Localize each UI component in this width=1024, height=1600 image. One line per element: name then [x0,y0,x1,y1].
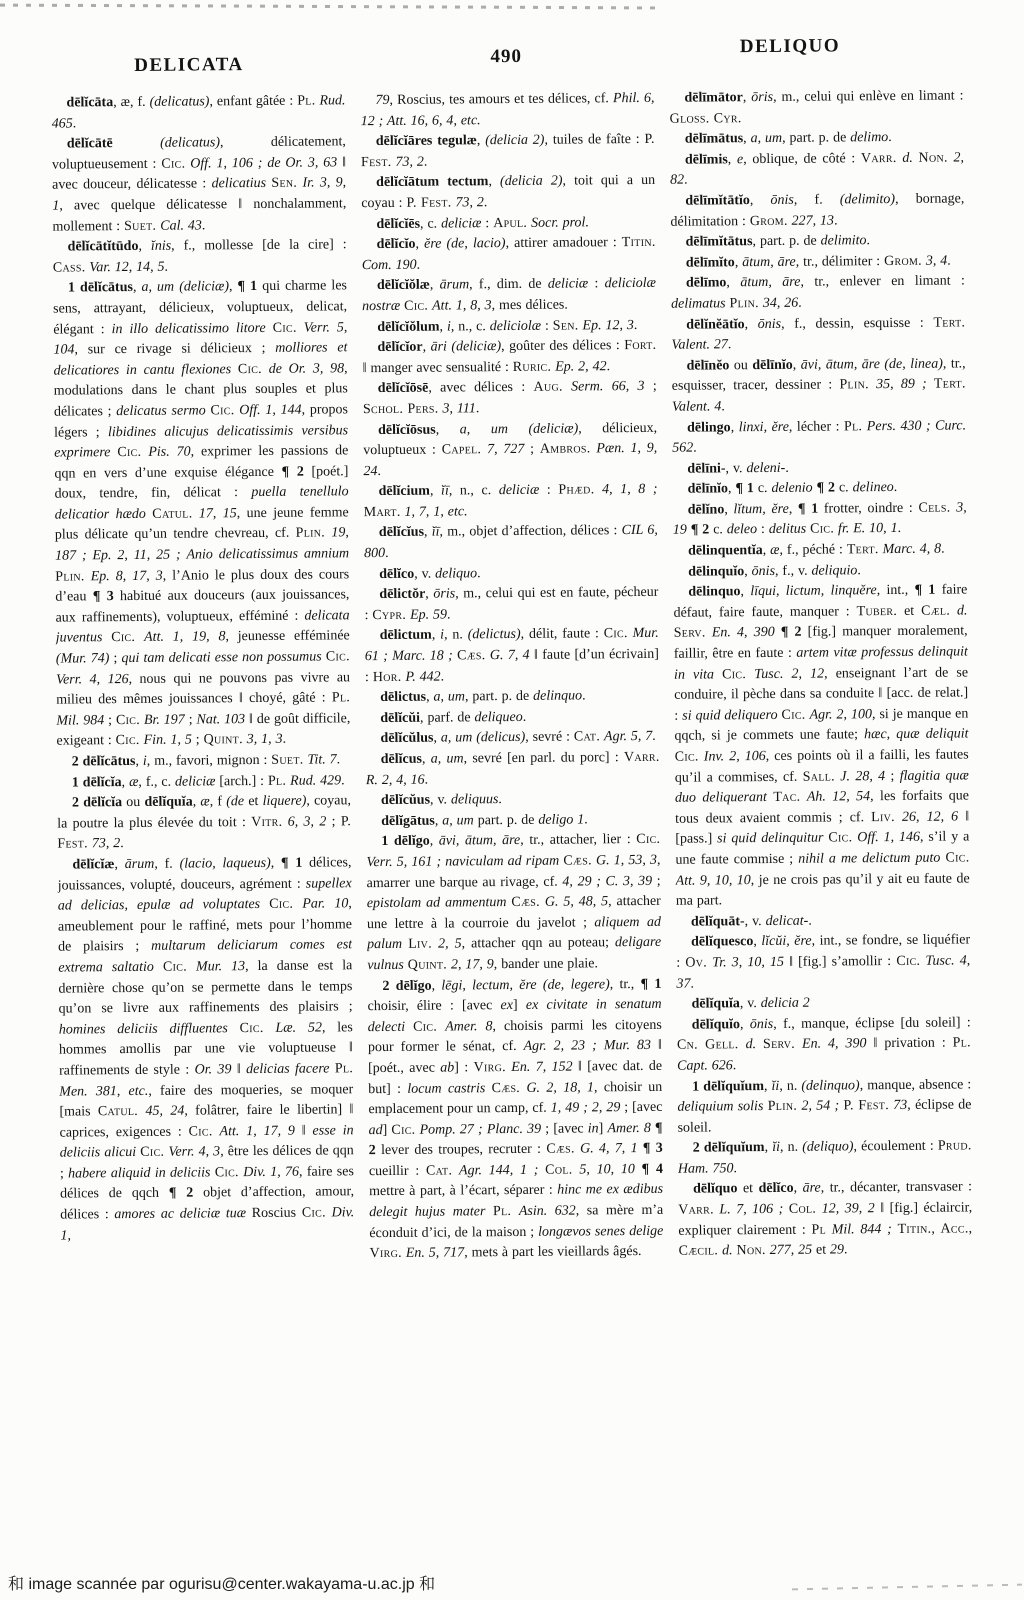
dictionary-entry: dēlĭcĭēs, c. deliciæ : Apul. Socr. prol. [361,212,655,235]
dictionary-entry: dēlĭcŭlus, a, um (delicus), sevré : Cat.… [365,727,659,750]
dictionary-entry: dēlīnĭo, ¶ 1 c. delenio ¶ 2 c. delineo. [672,478,966,501]
dictionary-entry: dēlīmĭtātus, part. p. de delimito. [671,231,965,254]
dictionary-entry: dēlīmātor, ōris, m., celui qui enlève en… [669,86,963,129]
dictionary-entry: dēlĭquesco, lĭcŭi, ĕre, int., se fondre,… [676,931,970,995]
scan-content: DELICATA 490 DELIQUO dēlĭcāta, æ, f. (de… [0,0,1024,1600]
dictionary-entry: 1 dēlĭcātus, a, um (deliciæ), ¶ 1 qui ch… [53,277,351,753]
dictionary-entry: dēlinquĭo, ōnis, f., v. deliquio. [673,560,967,583]
column-left: dēlĭcāta, æ, f. (delicatus), enfant gâté… [51,91,357,1563]
dictionary-entry: dēlĭcŭus, v. deliquus. [366,789,660,812]
dictionary-entry: 1 dēlĭquĭum, ĭi, n. (delinquo), manque, … [677,1075,971,1139]
scan-credit-text: 和 image scannée par ogurisu@center.wakay… [8,1571,435,1594]
dictionary-entry: 1 dēlĭgo, āvi, ātum, āre, tr., attacher,… [366,830,661,976]
dictionary-entry: dēlĭcĭōsē, avec délices : Aug. Serm. 66,… [363,377,657,420]
dictionary-entry: dēlĭcāta, æ, f. (delicatus), enfant gâté… [51,91,345,134]
dictionary-entry: dēlinquo, līqui, lictum, linquĕre, int.,… [673,581,970,913]
dictionary-entry: dēlĭcŭi, parf. de deliqueo. [365,707,659,730]
dictionary-entry: dēlĭgātus, a, um part. p. de deligo 1. [366,810,660,833]
dictionary-entry: 2 dēlĭcātus, i, m., favori, mignon : Sue… [57,750,351,773]
dictionary-entry: dēlĭnĕātĭo, ōnis, f., dessin, esquisse :… [671,313,965,356]
dictionary-entry: dēlīmātus, a, um, part. p. de delimo. [670,128,964,151]
dictionary-entry: 2 dēlĭquĭum, ĭi, n. (deliquo), écoulemen… [678,1137,972,1180]
dictionary-entry: dēlīnĕo ou dēlīnĭo, āvi, ātum, āre (de, … [672,354,966,418]
dictionary-entry: dēlīmĭtātĭo, ōnis, f. (delimito), bornag… [670,189,964,232]
running-head: DELICATA 490 DELIQUO [52,34,960,81]
dictionary-entry: dēlĭcĭŏlum, i, n., c. deliciolæ : Sen. E… [362,315,656,338]
scanned-dictionary-page: DELICATA 490 DELIQUO dēlĭcāta, æ, f. (de… [0,0,1024,1600]
dictionary-entry: dēlictus, a, um, part. p. de delinquo. [365,686,659,709]
dictionary-entry: dēlinquentĭa, æ, f., péché : Tert. Marc.… [673,539,967,562]
dictionary-entry: dēlīni-, v. deleni-. [672,457,966,480]
dictionary-entry: dēlingo, linxi, ĕre, lécher : Pl. Pers. … [672,416,966,459]
dictionary-entry: dēlĭcium, ĭī, n., c. deliciæ : Phæd. 4, … [364,480,658,523]
dictionary-entry: dēlĭno, lĭtum, ĕre, ¶ 1 frotter, oindre … [673,498,967,541]
dictionary-entry: dēlĭquĭa, v. delicia 2 [677,993,971,1016]
text-columns: dēlĭcāta, æ, f. (delicatus), enfant gâté… [51,86,975,1563]
dictionary-entry: dēlīmis, e, oblique, de côté : Varr. d. … [670,148,964,191]
dictionary-entry: dēlĭcĭo, ĕre (de, lacio), attirer amadou… [362,233,656,276]
column-middle: 79, Roscius, tes amours et tes délices, … [360,89,666,1561]
dictionary-entry: dēlĭcĭor, āri (deliciæ), goûter des déli… [362,336,656,379]
dictionary-entry: dēlictŏr, ōris, m., celui qui est en fau… [364,583,658,626]
dictionary-entry: 1 dēlĭcĭa, æ, f., c. deliciæ [arch.] : P… [57,771,351,794]
dictionary-entry: dēlĭco, v. deliquo. [364,563,658,586]
running-head-right-word: DELIQUO [740,35,840,58]
dictionary-entry: 79, Roscius, tes amours et tes délices, … [360,89,654,132]
dictionary-entry: dēlĭcĭōsus, a, um (deliciæ), délicieux, … [363,418,657,482]
dictionary-entry: dēlĭcātĭtūdo, ĭnis, f., mollesse [de la … [53,235,347,278]
dictionary-entry: dēlīmo, ātum, āre, tr., enlever en liman… [671,272,965,315]
column-right: dēlīmātor, ōris, m., celui qui enlève en… [669,86,975,1558]
dictionary-entry: 2 dēlĭgo, lēgi, lectum, ĕre (de, legere)… [367,974,663,1265]
dictionary-entry: dēlĭquĭo, ōnis, f., manque, éclipse [du … [677,1013,971,1077]
dictionary-entry: dēlĭquo et dēlĭco, āre, tr., décanter, t… [678,1178,973,1263]
dictionary-entry: dēlĭcĭŏlæ, ārum, f., dim. de deliciæ : d… [362,274,656,317]
dictionary-entry: dēlĭcātē (delicatus), délicatement, volu… [52,132,347,237]
dictionary-entry: dēlĭcĭāres tegulæ, (delicia 2), tuiles d… [361,130,655,173]
dictionary-entry: dēlĭcĭātum tectum, (delicia 2), toit qui… [361,171,655,214]
dictionary-entry: dēlĭcĭus, ĭī, m., objet d’affection, dél… [364,521,658,564]
dictionary-entry: dēlĭquāt-, v. delicat-. [676,910,970,933]
dictionary-entry: dēlictum, i, n. (delictus), délit, faute… [365,624,659,688]
dictionary-entry: dēlĭcus, a, um, sevré [en parl. du porc]… [366,748,660,791]
dictionary-entry: dēlīmĭto, ātum, āre, tr., délimiter : Gr… [671,251,965,274]
dictionary-entry: 2 dēlĭcĭa ou dēlĭquĭa, æ, f (de et lique… [57,791,351,855]
dictionary-entry: dēlĭcĭæ, ārum, f. (lacio, laqueus), ¶ 1 … [57,853,354,1247]
